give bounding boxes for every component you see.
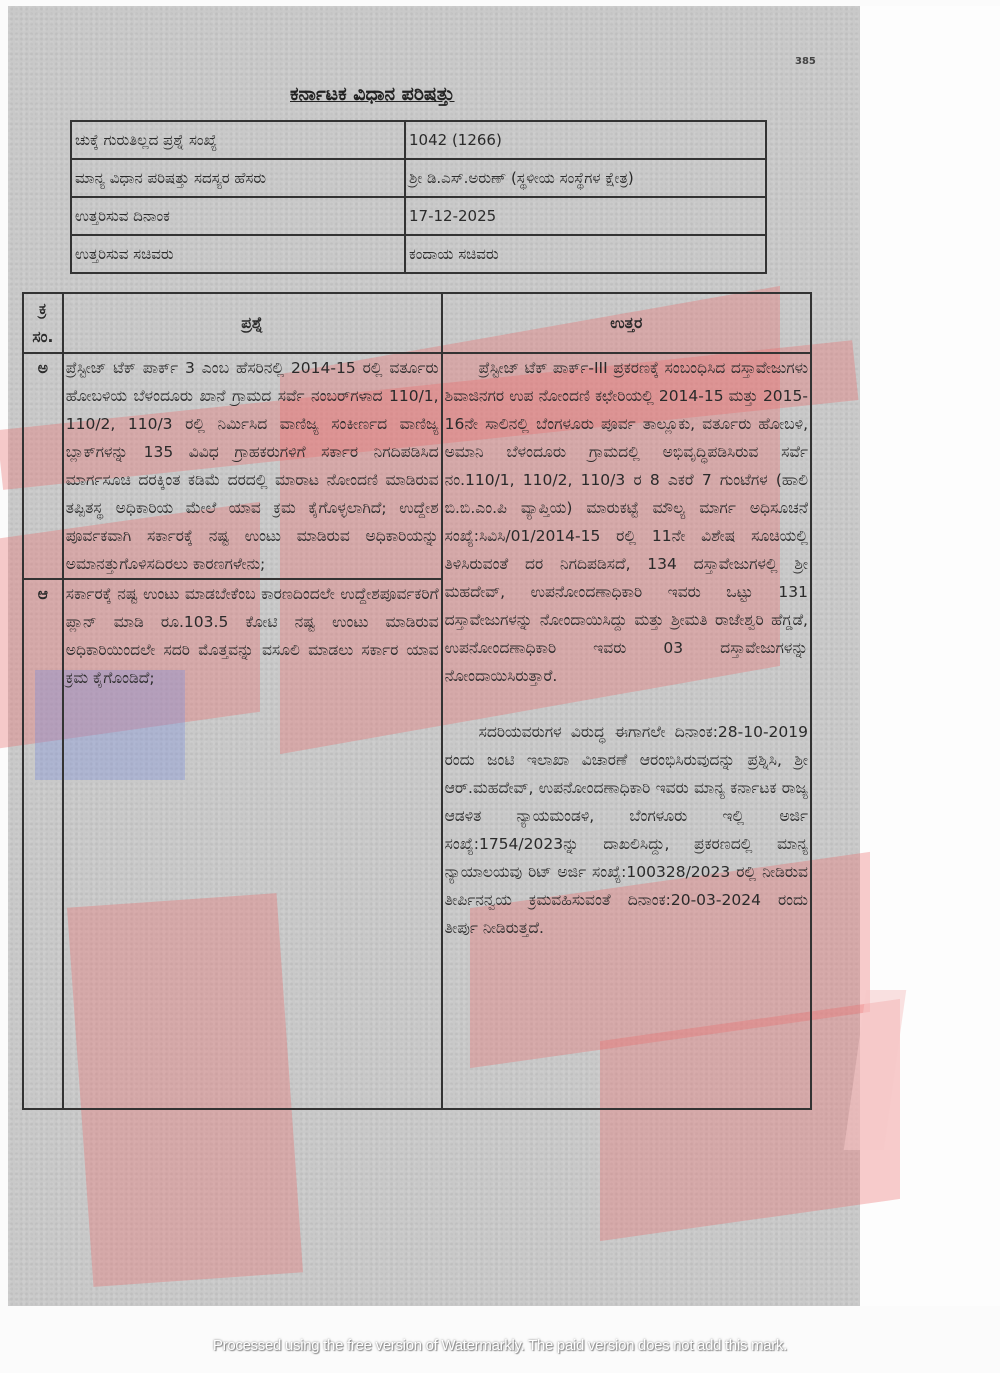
- table-header-row: ಕ್ರ ಸಂ. ಪ್ರಶ್ನೆ ಉತ್ತರ: [23, 293, 811, 353]
- page-number: 385: [795, 56, 816, 67]
- meta-label: ಉತ್ತರಿಸುವ ದಿನಾಂಕ: [71, 197, 405, 235]
- answer-cell: ಪ್ರೆಸ್ಟೀಜ್ ಟೆಕ್ ಪಾರ್ಕ್-III ಪ್ರಕರಣಕ್ಕೆ ಸಂ…: [442, 353, 811, 1109]
- watermark-text: Processed using the free version of Wate…: [0, 1337, 1000, 1354]
- meta-label: ಉತ್ತರಿಸುವ ಸಚಿವರು: [71, 235, 405, 273]
- question-answer-table: ಕ್ರ ಸಂ. ಪ್ರಶ್ನೆ ಉತ್ತರ ಅ ಪ್ರೆಸ್ಟೀಜ್ ಟೆಕ್ …: [22, 292, 812, 1110]
- meta-row: ಉತ್ತರಿಸುವ ಸಚಿವರು ಕಂದಾಯ ಸಚಿವರು: [71, 235, 766, 273]
- answer-paragraph: ಪ್ರೆಸ್ಟೀಜ್ ಟೆಕ್ ಪಾರ್ಕ್-III ಪ್ರಕರಣಕ್ಕೆ ಸಂ…: [445, 354, 808, 690]
- answer-paragraph: ಸದರಿಯವರುಗಳ ವಿರುದ್ಧ ಈಗಾಗಲೇ ದಿನಾಂಕ:28-10-2…: [445, 718, 808, 942]
- serial-cell: ಆ: [23, 579, 63, 1109]
- meta-label: ಚುಕ್ಕೆ ಗುರುತಿಲ್ಲದ ಪ್ರಶ್ನೆ ಸಂಖ್ಯೆ: [71, 121, 405, 159]
- meta-value: 17-12-2025: [405, 197, 766, 235]
- header-question: ಪ್ರಶ್ನೆ: [63, 293, 442, 353]
- question-cell: ಪ್ರೆಸ್ಟೀಜ್ ಟೆಕ್ ಪಾರ್ಕ್ 3 ಎಂಬ ಹೆಸರಿನಲ್ಲಿ …: [63, 353, 442, 579]
- question-metadata-table: ಚುಕ್ಕೆ ಗುರುತಿಲ್ಲದ ಪ್ರಶ್ನೆ ಸಂಖ್ಯೆ 1042 (1…: [70, 120, 767, 274]
- blank-margin: [845, 6, 1000, 1306]
- document-title: ಕರ್ನಾಟಕ ವಿಧಾನ ಪರಿಷತ್ತು: [290, 83, 455, 105]
- serial-cell: ಅ: [23, 353, 63, 579]
- meta-label: ಮಾನ್ಯ ವಿಧಾನ ಪರಿಷತ್ತು ಸದಸ್ಯರ ಹೆಸರು: [71, 159, 405, 197]
- meta-row: ಮಾನ್ಯ ವಿಧಾನ ಪರಿಷತ್ತು ಸದಸ್ಯರ ಹೆಸರು ಶ್ರೀ ಡ…: [71, 159, 766, 197]
- meta-row: ಉತ್ತರಿಸುವ ದಿನಾಂಕ 17-12-2025: [71, 197, 766, 235]
- question-cell: ಸರ್ಕಾರಕ್ಕೆ ನಷ್ಟ ಉಂಟು ಮಾಡಬೇಕೆಂಬ ಕಾರಣದಿಂದಲ…: [63, 579, 442, 1109]
- meta-value: 1042 (1266): [405, 121, 766, 159]
- table-row: ಅ ಪ್ರೆಸ್ಟೀಜ್ ಟೆಕ್ ಪಾರ್ಕ್ 3 ಎಂಬ ಹೆಸರಿನಲ್ಲ…: [23, 353, 811, 579]
- meta-row: ಚುಕ್ಕೆ ಗುರುತಿಲ್ಲದ ಪ್ರಶ್ನೆ ಸಂಖ್ಯೆ 1042 (1…: [71, 121, 766, 159]
- header-answer: ಉತ್ತರ: [442, 293, 811, 353]
- meta-value: ಕಂದಾಯ ಸಚಿವರು: [405, 235, 766, 273]
- header-serial: ಕ್ರ ಸಂ.: [23, 293, 63, 353]
- meta-value: ಶ್ರೀ ಡಿ.ಎಸ್.ಅರುಣ್ (ಸ್ಥಳೀಯ ಸಂಸ್ಥೆಗಳ ಕ್ಷೇತ…: [405, 159, 766, 197]
